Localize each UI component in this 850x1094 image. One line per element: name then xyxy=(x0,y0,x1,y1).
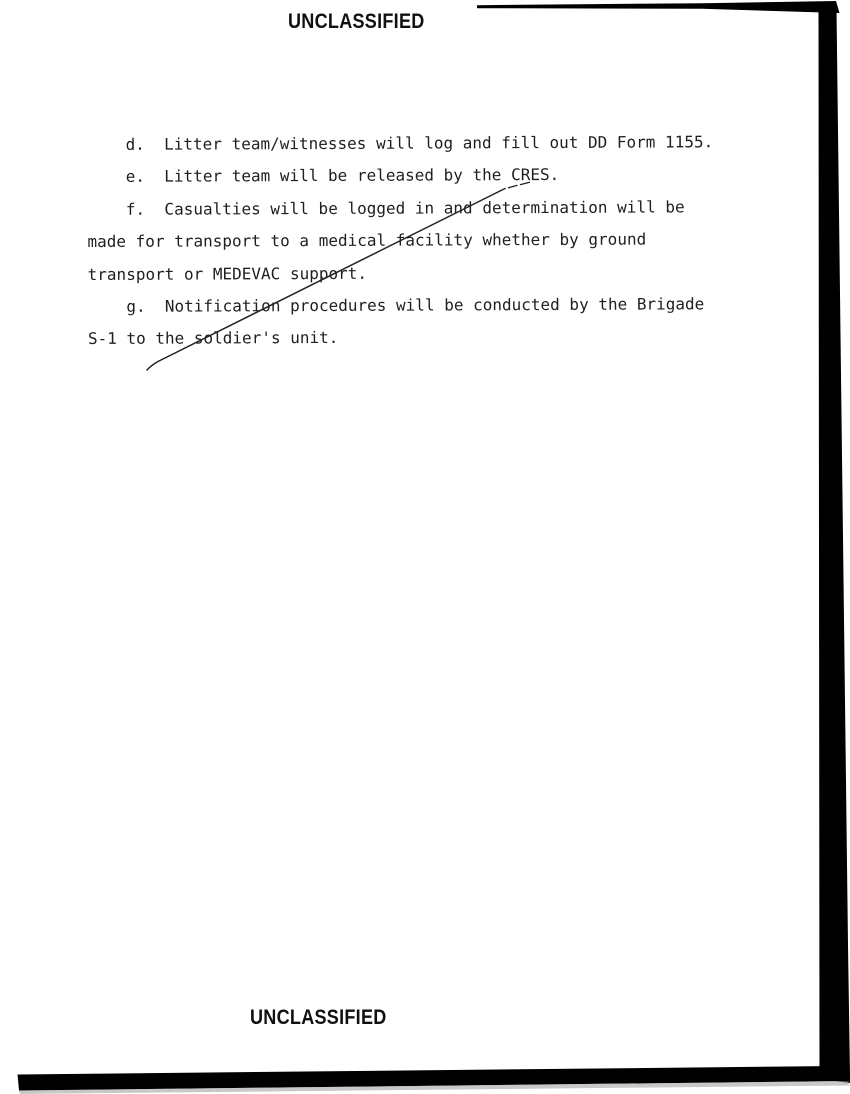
scanned-document-page: UNCLASSIFIED d. Litter team/witnesses wi… xyxy=(0,0,850,1094)
scan-edge-bottom-bar xyxy=(18,1066,849,1091)
scan-edge-top-line xyxy=(477,1,840,13)
document-line-g: g. Notification procedures will be condu… xyxy=(88,288,714,323)
document-line-f-cont-2: transport or MEDEVAC support. xyxy=(88,256,714,291)
document-line-g-cont-1: S-1 to the soldier's unit. xyxy=(88,321,714,356)
document-line-f-cont-1: made for transport to a medical facility… xyxy=(87,223,713,258)
classification-footer: UNCLASSIFIED xyxy=(250,1006,387,1030)
scan-edge-bottom-shadow xyxy=(19,1081,849,1094)
document-line-f: f. Casualties will be logged in and dete… xyxy=(87,191,713,226)
scan-edge-right-bar xyxy=(819,9,850,1084)
document-line-d: d. Litter team/witnesses will log and fi… xyxy=(87,126,713,161)
document-body: d. Litter team/witnesses will log and fi… xyxy=(87,126,714,356)
classification-header: UNCLASSIFIED xyxy=(288,10,425,34)
document-line-e: e. Litter team will be released by the C… xyxy=(87,159,713,194)
